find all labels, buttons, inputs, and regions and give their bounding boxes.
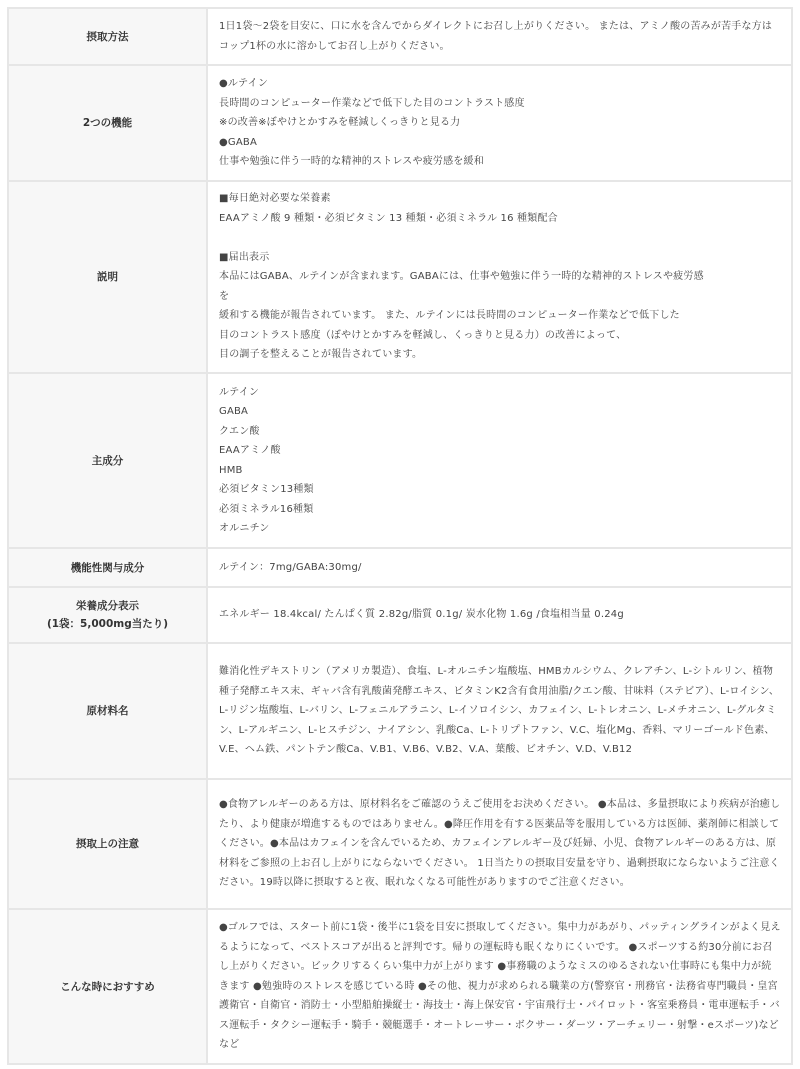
row-value-description: ■毎日絶対必要な栄養素 EAAアミノ酸 9 種類・必須ビタミン 13 種類・必須… (207, 181, 792, 373)
text-line: 目の調子を整えることが報告されています。 (219, 345, 781, 365)
text-line: ■毎日絶対必要な栄養素 (219, 189, 781, 209)
table-row: 説明 ■毎日絶対必要な栄養素 EAAアミノ酸 9 種類・必須ビタミン 13 種類… (8, 181, 792, 373)
ingredient-item: 必須ミネラル16種類 (219, 500, 781, 520)
text-line: エネルギー 18.4kcal/ たんぱく質 2.82g/脂質 0.1g/ 炭水化… (219, 605, 781, 625)
product-spec-table: 摂取方法 1日1袋〜2袋を目安に、口に水を含んでからダイレクトにお召し上がりくだ… (7, 7, 793, 1065)
ingredient-item: GABA (219, 402, 781, 422)
table-row: 2つの機能 ●ルテイン 長時間のコンピューター作業などで低下した目のコントラスト… (8, 65, 792, 181)
table-row: 栄養成分表示 (1袋：5,000mg当たり) エネルギー 18.4kcal/ た… (8, 587, 792, 643)
text-line: ※の改善※ぼやけとかすみを軽減しくっきりと見る力 (219, 113, 781, 133)
table-row: 機能性関与成分 ルテイン：7mg/GABA:30mg/ (8, 548, 792, 587)
text-line: 難消化性デキストリン（アメリカ製造）、食塩、L-オルニチン塩酸塩、HMBカルシウ… (219, 662, 781, 760)
row-value-raw-materials: 難消化性デキストリン（アメリカ製造）、食塩、L-オルニチン塩酸塩、HMBカルシウ… (207, 643, 792, 779)
row-value-recommended-for: ●ゴルフでは、スタート前に1袋・後半に1袋を目安に摂取してください。集中力があが… (207, 909, 792, 1064)
text-line: を (219, 287, 781, 307)
row-label-nutrition-facts-title: 栄養成分表示 (15, 597, 200, 615)
table-row: こんな時におすすめ ●ゴルフでは、スタート前に1袋・後半に1袋を目安に摂取してく… (8, 909, 792, 1064)
table-row: 摂取上の注意 ●食物アレルギーのある方は、原材料名をご確認のうえご使用をお決めく… (8, 779, 792, 909)
text-line: 目のコントラスト感度（ぼやけとかすみを軽減し、くっきりと見る力）の改善によって、 (219, 326, 781, 346)
text-line: ●ルテイン (219, 74, 781, 94)
row-value-main-ingredients: ルテイン GABA クエン酸 EAAアミノ酸 HMB 必須ビタミン13種類 必須… (207, 373, 792, 548)
text-line: 緩和する機能が報告されています。 また、ルテインには長時間のコンピューター作業な… (219, 306, 781, 326)
text-line: ●食物アレルギーのある方は、原材料名をご確認のうえご使用をお決めください。 ●本… (219, 795, 781, 893)
row-label-main-ingredients: 主成分 (8, 373, 207, 548)
ingredient-item: ルテイン (219, 383, 781, 403)
text-line: ■届出表示 (219, 248, 781, 268)
row-value-functional-ingredients: ルテイン：7mg/GABA:30mg/ (207, 548, 792, 587)
ingredient-item: オルニチン (219, 519, 781, 539)
table-row: 原材料名 難消化性デキストリン（アメリカ製造）、食塩、L-オルニチン塩酸塩、HM… (8, 643, 792, 779)
row-label-precautions: 摂取上の注意 (8, 779, 207, 909)
ingredient-item: クエン酸 (219, 422, 781, 442)
row-value-intake-method: 1日1袋〜2袋を目安に、口に水を含んでからダイレクトにお召し上がりください。 ま… (207, 8, 792, 65)
text-line: ルテイン：7mg/GABA:30mg/ (219, 558, 781, 578)
row-label-nutrition-facts: 栄養成分表示 (1袋：5,000mg当たり) (8, 587, 207, 643)
text-line: 長時間のコンピューター作業などで低下した目のコントラスト感度 (219, 94, 781, 114)
row-value-two-functions: ●ルテイン 長時間のコンピューター作業などで低下した目のコントラスト感度 ※の改… (207, 65, 792, 181)
row-value-precautions: ●食物アレルギーのある方は、原材料名をご確認のうえご使用をお決めください。 ●本… (207, 779, 792, 909)
ingredient-item: HMB (219, 461, 781, 481)
text-line: ●ゴルフでは、スタート前に1袋・後半に1袋を目安に摂取してください。集中力があが… (219, 918, 781, 1055)
row-value-nutrition-facts: エネルギー 18.4kcal/ たんぱく質 2.82g/脂質 0.1g/ 炭水化… (207, 587, 792, 643)
table-row: 主成分 ルテイン GABA クエン酸 EAAアミノ酸 HMB 必須ビタミン13種… (8, 373, 792, 548)
text-line (219, 228, 781, 248)
text-line: 仕事や勉強に伴う一時的な精神的ストレスや疲労感を緩和 (219, 152, 781, 172)
row-label-two-functions: 2つの機能 (8, 65, 207, 181)
text-line: EAAアミノ酸 9 種類・必須ビタミン 13 種類・必須ミネラル 16 種類配合 (219, 209, 781, 229)
text-line: 1日1袋〜2袋を目安に、口に水を含んでからダイレクトにお召し上がりください。 ま… (219, 17, 781, 56)
row-label-description: 説明 (8, 181, 207, 373)
row-label-functional-ingredients: 機能性関与成分 (8, 548, 207, 587)
text-line: 本品にはGABA、ルテインが含まれます。GABAには、仕事や勉強に伴う一時的な精… (219, 267, 781, 287)
row-label-intake-method: 摂取方法 (8, 8, 207, 65)
row-label-raw-materials: 原材料名 (8, 643, 207, 779)
ingredient-item: 必須ビタミン13種類 (219, 480, 781, 500)
text-line: ●GABA (219, 133, 781, 153)
table-row: 摂取方法 1日1袋〜2袋を目安に、口に水を含んでからダイレクトにお召し上がりくだ… (8, 8, 792, 65)
ingredient-item: EAAアミノ酸 (219, 441, 781, 461)
row-label-recommended-for: こんな時におすすめ (8, 909, 207, 1064)
row-label-nutrition-facts-basis: (1袋：5,000mg当たり) (15, 615, 200, 633)
